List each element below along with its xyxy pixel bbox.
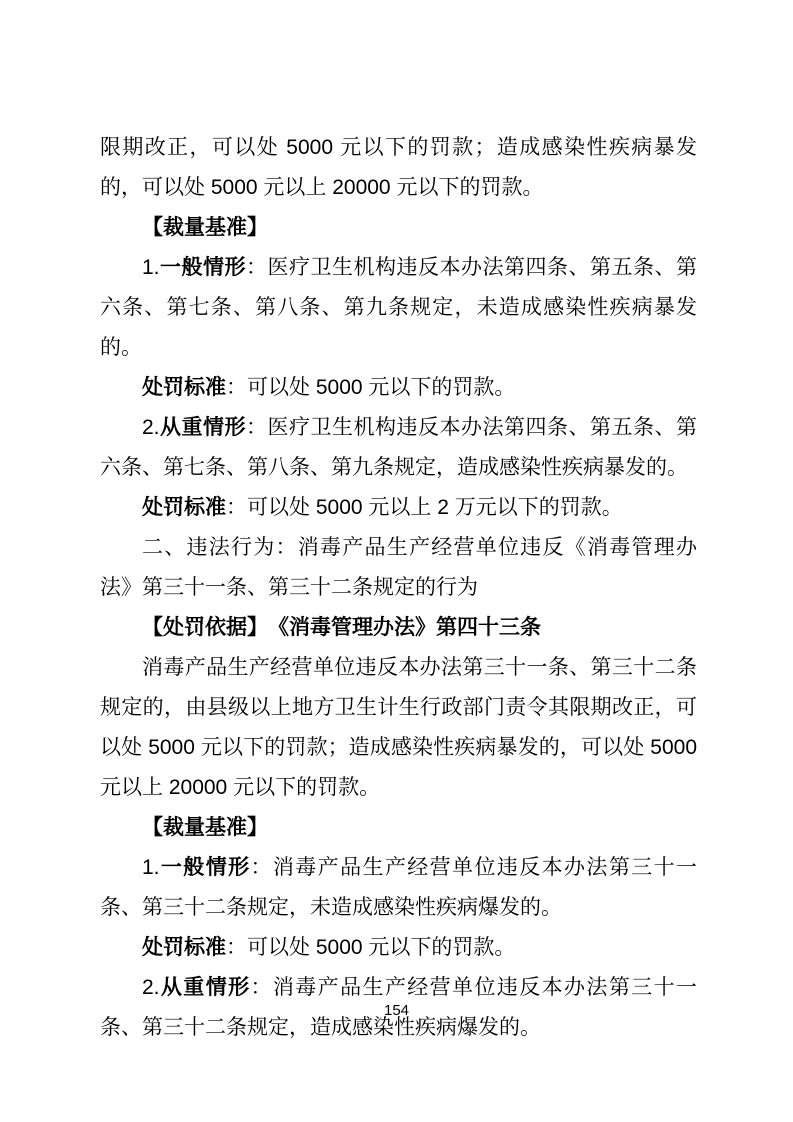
bold-label-run: 处罚标准 — [142, 496, 226, 519]
paragraph-illegal-act-2: 二、违法行为：消毒产品生产经营单位违反《消毒管理办法》第三十一条、第三十二条规定… — [100, 528, 697, 608]
paragraph-general-case-1: 1.一般情形：医疗卫生机构违反本办法第四条、第五条、第六条、第七条、第八条、第九… — [100, 248, 697, 368]
bold-label-run: 处罚标准 — [142, 936, 226, 959]
text-run: 限期改正，可以处 5000 元以下的罚款；造成感染性疾病暴发的，可以处 5000… — [100, 136, 697, 199]
bold-label-run: 处罚标准 — [142, 376, 226, 399]
document-page: 限期改正，可以处 5000 元以下的罚款；造成感染性疾病暴发的，可以处 5000… — [0, 0, 793, 1122]
paragraph-general-case-2: 1.一般情形：消毒产品生产经营单位违反本办法第三十一条、第三十二条规定，未造成感… — [100, 848, 697, 928]
text-run: 二、违法行为：消毒产品生产经营单位违反《消毒管理办法》第三十一条、第三十二条规定… — [100, 536, 697, 599]
bold-label-run: 一般情形 — [160, 256, 247, 279]
bold-label-run: 从重情形 — [160, 416, 247, 439]
bracket-heading-run: 【处罚依据】 《消毒管理办法》第四十三条 — [142, 616, 541, 639]
list-number-run: 2. — [142, 976, 160, 999]
paragraph-article-43-text: 消毒产品生产经营单位违反本办法第三十一条、第三十二条规定的，由县级以上地方卫生计… — [100, 648, 697, 808]
paragraph-penalty-standard-3: 处罚标准：可以处 5000 元以下的罚款。 — [100, 928, 697, 968]
bracket-heading-run: 【裁量基准】 — [142, 816, 268, 839]
heading-discretion-benchmark-1: 【裁量基准】 — [100, 208, 697, 248]
paragraph-penalty-standard-2: 处罚标准：可以处 5000 元以上 2 万元以下的罚款。 — [100, 488, 697, 528]
paragraph-penalty-continuation: 限期改正，可以处 5000 元以下的罚款；造成感染性疾病暴发的，可以处 5000… — [100, 128, 697, 208]
list-number-run: 2. — [142, 416, 160, 439]
bracket-heading-run: 【裁量基准】 — [142, 216, 268, 239]
document-body: 限期改正，可以处 5000 元以下的罚款；造成感染性疾病暴发的，可以处 5000… — [100, 128, 697, 1048]
page-number: 154 — [0, 1001, 793, 1021]
paragraph-aggravated-case-1: 2.从重情形：医疗卫生机构违反本办法第四条、第五条、第六条、第七条、第八条、第九… — [100, 408, 697, 488]
paragraph-penalty-standard-1: 处罚标准：可以处 5000 元以下的罚款。 — [100, 368, 697, 408]
text-run: ：可以处 5000 元以上 2 万元以下的罚款。 — [226, 496, 623, 519]
list-number-run: 1. — [142, 256, 160, 279]
bold-label-run: 从重情形 — [160, 976, 251, 999]
text-run: 消毒产品生产经营单位违反本办法第三十一条、第三十二条规定的，由县级以上地方卫生计… — [100, 656, 697, 799]
text-run: ：可以处 5000 元以下的罚款。 — [226, 376, 515, 399]
bold-label-run: 一般情形 — [160, 856, 251, 879]
text-run: ：可以处 5000 元以下的罚款。 — [226, 936, 515, 959]
heading-penalty-basis: 【处罚依据】 《消毒管理办法》第四十三条 — [100, 608, 697, 648]
list-number-run: 1. — [142, 856, 160, 879]
heading-discretion-benchmark-2: 【裁量基准】 — [100, 808, 697, 848]
